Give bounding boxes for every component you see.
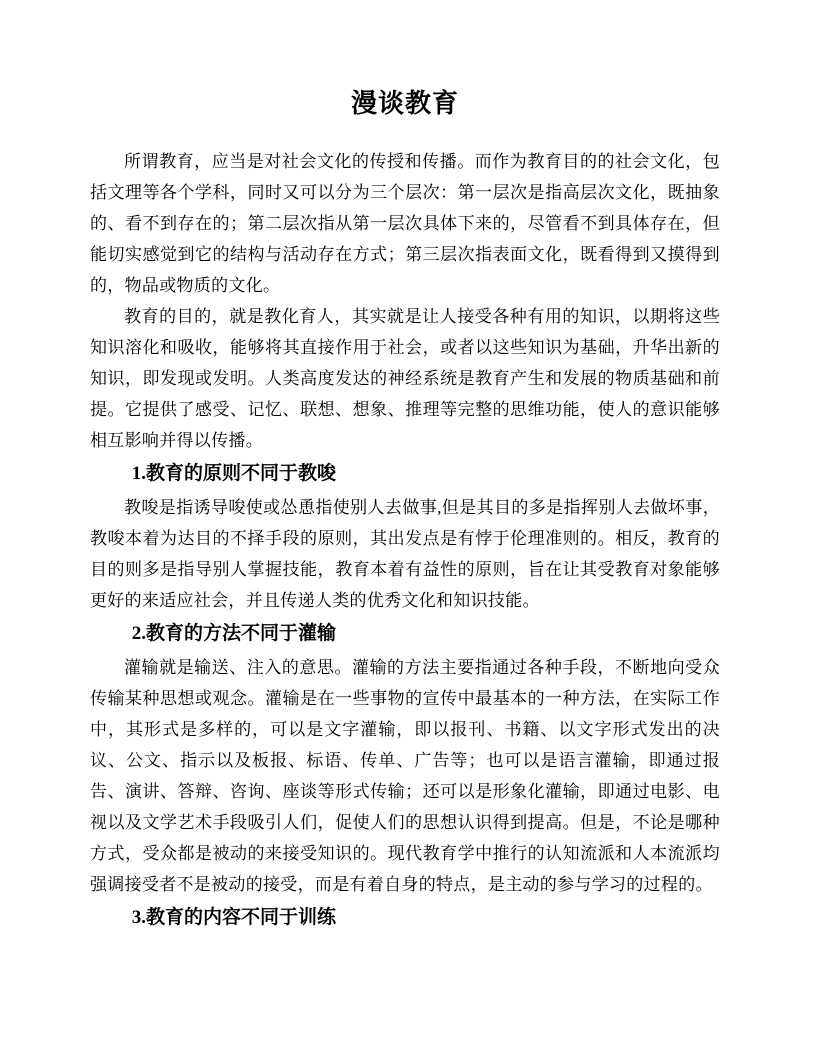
document-title: 漫谈教育 [90, 86, 720, 122]
paragraph-education-purpose: 教育的目的，就是教化育人，其实就是让人接受各种有用的知识，以期将这些知识溶化和吸… [90, 301, 720, 456]
heading-section-3: 3.教育的内容不同于训练 [90, 902, 720, 934]
paragraph-section-2-body: 灌输就是输送、注入的意思。灌输的方法主要指通过各种手段，不断地向受众传输某种思想… [90, 652, 720, 900]
paragraph-culture-levels: 所谓教育，应当是对社会文化的传授和传播。而作为教育目的的社会文化，包括文理等各个… [90, 146, 720, 301]
heading-section-2: 2.教育的方法不同于灌输 [90, 618, 720, 650]
paragraph-section-1-body: 教唆是指诱导唆使或怂恿指使别人去做事,但是其目的多是指挥别人去做坏事，教唆本着为… [90, 492, 720, 616]
document-page: 漫谈教育 所谓教育，应当是对社会文化的传授和传播。而作为教育目的的社会文化，包括… [0, 0, 816, 1056]
heading-section-1: 1.教育的原则不同于教唆 [90, 458, 720, 490]
